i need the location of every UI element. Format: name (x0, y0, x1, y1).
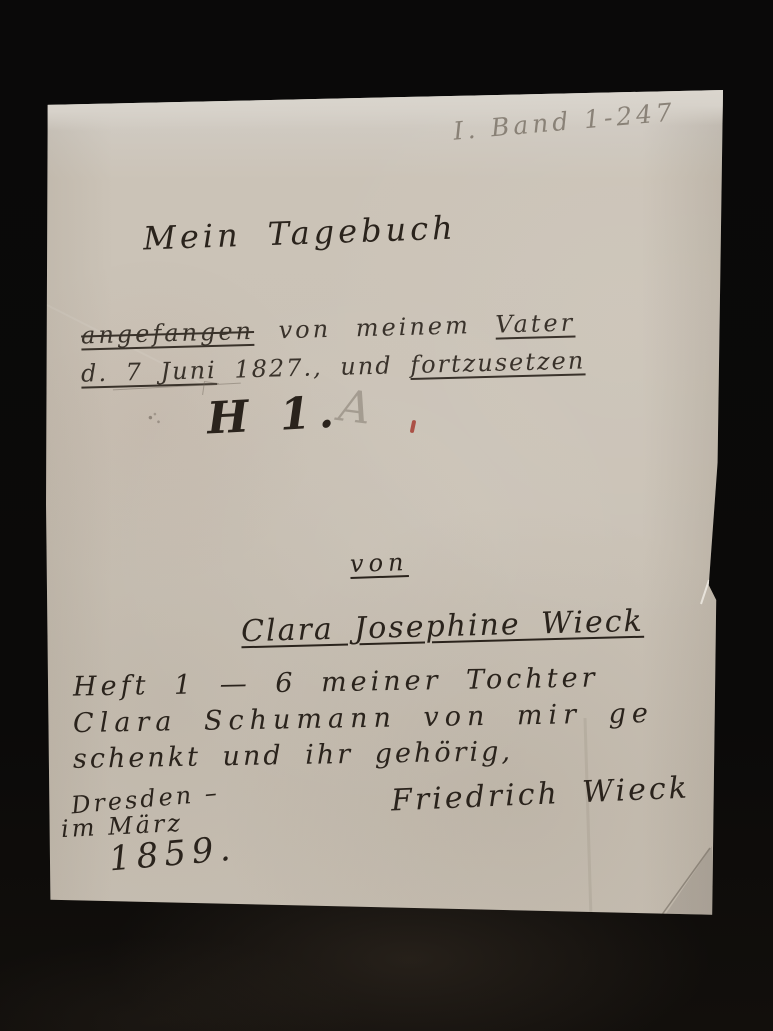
opening-underlined-word: Vater (495, 309, 575, 339)
pencil-letter-a: A (336, 382, 373, 434)
date-verb-part: fortzusetzen (410, 346, 586, 379)
heft-number: H 1. (206, 389, 343, 444)
opening-middle-text: von meinem (278, 311, 471, 344)
manuscript-page: I. Band 1-247 Mein Tagebuch angefangen v… (45, 90, 723, 918)
date-rest-part: 1827., und (234, 351, 393, 383)
date-underlined-part: d. 7 Juni (81, 356, 217, 388)
von-label: von (350, 549, 409, 577)
ink-speckles (145, 412, 163, 426)
struck-word: angefangen (81, 317, 255, 350)
photo-background: I. Band 1-247 Mein Tagebuch angefangen v… (0, 0, 773, 1031)
